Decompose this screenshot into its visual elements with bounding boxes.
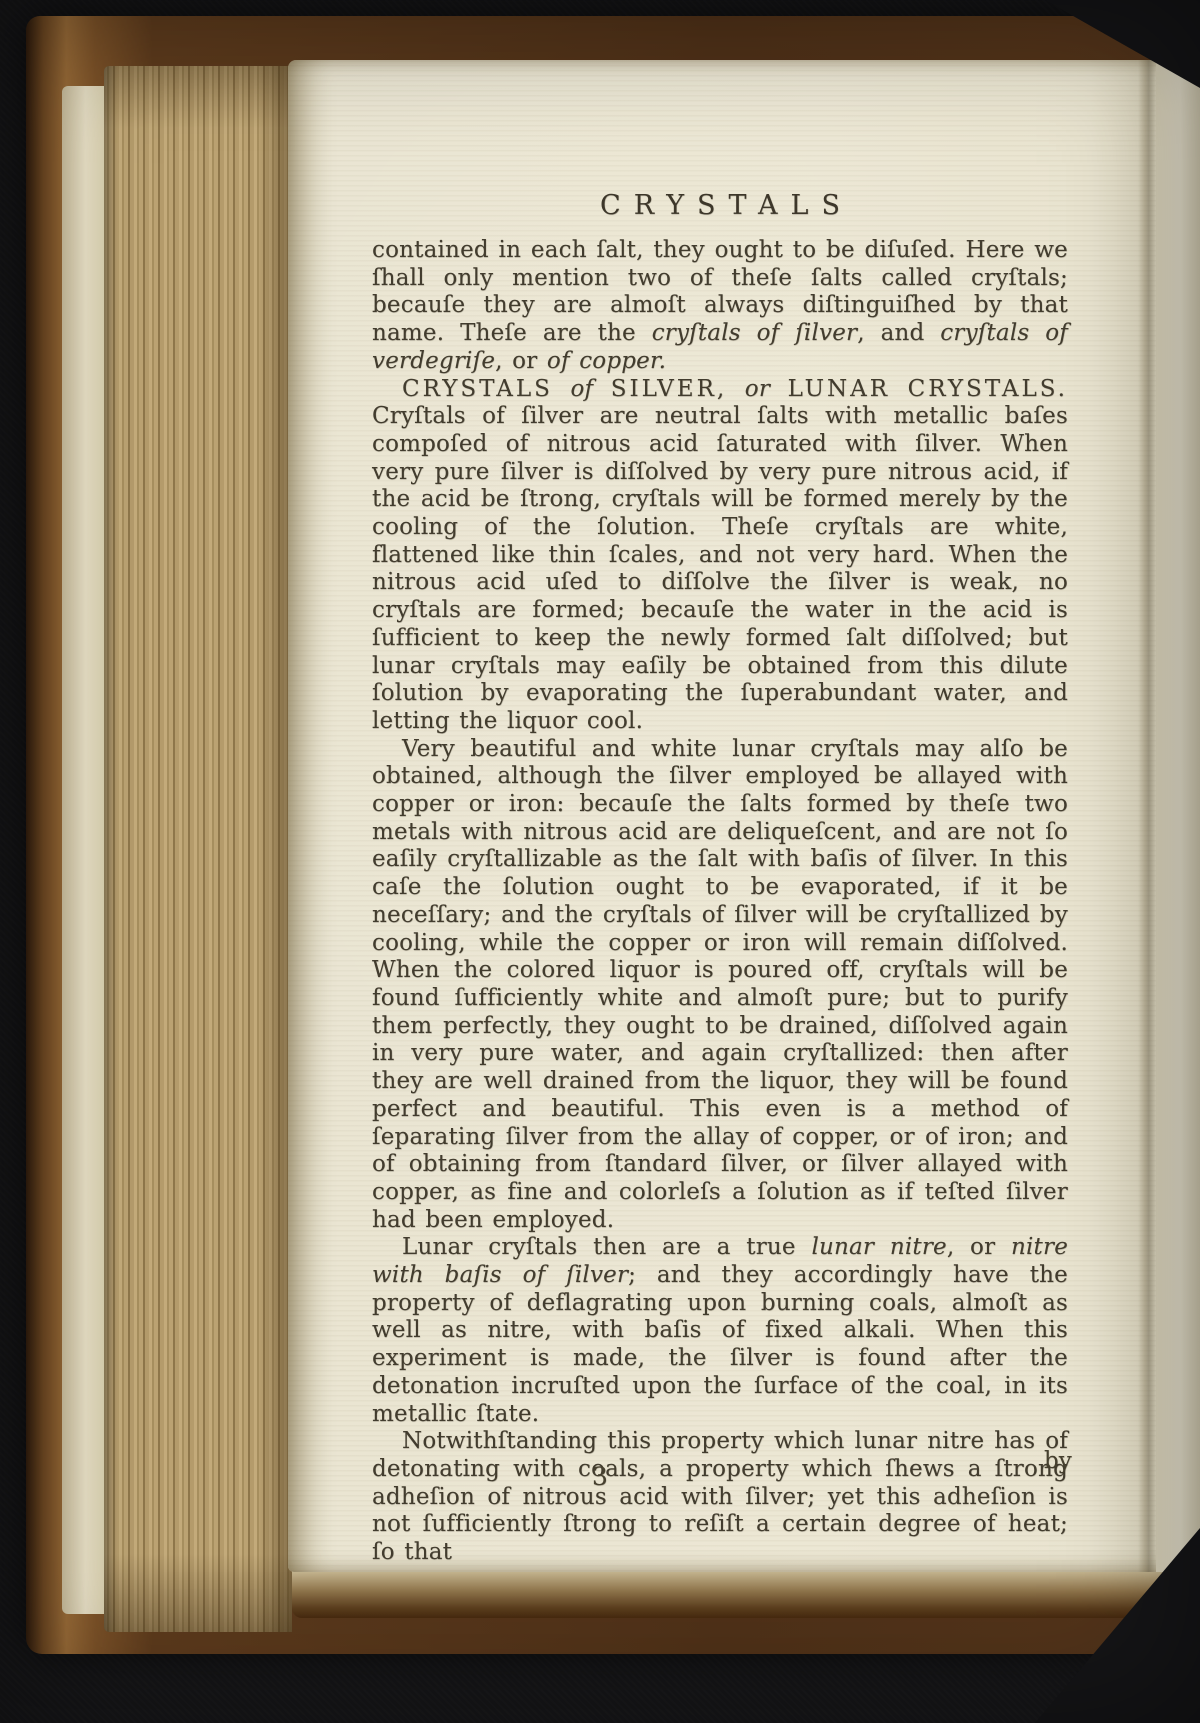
- segment-text: , and: [857, 320, 940, 346]
- segment-italic: of copper.: [547, 348, 666, 374]
- paragraph-4: Lunar cryſtals then are a true lunar nit…: [372, 1234, 1068, 1428]
- segment-italic: cryſtals of ſilver: [652, 320, 858, 346]
- segment-text: Very beautiful and white lunar cryſtals …: [372, 736, 1068, 1233]
- catchword: by: [1044, 1448, 1072, 1474]
- segment-italic: lunar nitre: [811, 1234, 946, 1260]
- paragraphs: contained in each ſalt, they ought to be…: [372, 237, 1068, 1567]
- paragraph-3: Very beautiful and white lunar cryſtals …: [372, 736, 1068, 1235]
- page-bottom-curve: [292, 1570, 1170, 1618]
- running-head: CRYSTALS: [372, 190, 1068, 221]
- gutter-fold-strip: [1156, 60, 1200, 1572]
- segment-text: Notwithſtanding this property which luna…: [372, 1428, 1068, 1565]
- segment-text: , or: [947, 1234, 1011, 1260]
- book-page: CRYSTALS contained in each ſalt, they ou…: [288, 60, 1200, 1572]
- segment-text: , or: [495, 348, 547, 374]
- segment-text: Lunar cryſtals then are a true: [402, 1234, 811, 1260]
- segment-italic: of: [570, 376, 593, 402]
- page-stack-fore-edge: [104, 66, 292, 1632]
- segment-caps: CRYSTALS: [402, 376, 570, 402]
- book-photograph: CRYSTALS contained in each ſalt, they ou…: [0, 0, 1200, 1723]
- paragraph-2: CRYSTALS of SILVER, or LUNAR CRYSTALS. C…: [372, 376, 1068, 736]
- segment-italic: or: [745, 376, 770, 402]
- page-number: 3: [592, 1462, 608, 1491]
- segment-caps: LUNAR CRYSTALS.: [770, 376, 1068, 402]
- gutter-crease-shadow: [1138, 60, 1156, 1572]
- segment-caps: SILVER,: [593, 376, 745, 402]
- paragraph-1: contained in each ſalt, they ought to be…: [372, 237, 1068, 376]
- paragraph-5: Notwithſtanding this property which luna…: [372, 1428, 1068, 1567]
- text-block: CRYSTALS contained in each ſalt, they ou…: [372, 190, 1068, 1567]
- segment-text: Cryſtals of ſilver are neutral ſalts wit…: [372, 403, 1068, 734]
